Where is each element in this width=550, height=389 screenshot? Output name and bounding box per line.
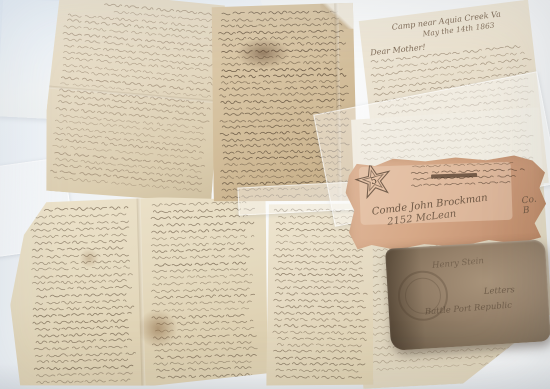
fold-crease — [48, 85, 220, 103]
letters-cover: Henry Stein Letters Battle Port Republic — [385, 239, 550, 351]
letters-group-photo: Camp near Aquia Creek Va May the 14th 18… — [0, 0, 550, 389]
cover-owner-name: Henry Stein — [432, 256, 485, 271]
dateline-date: May the 14th 1863 — [422, 21, 495, 39]
envelope: 5 Comde John Brockman Co. B 2152 McLean — [344, 152, 549, 254]
ink-stain — [234, 36, 293, 71]
address-unit: Co. B — [521, 195, 538, 217]
embossed-seal — [396, 269, 449, 322]
handwriting-right-page — [144, 195, 260, 386]
letter-bottom-left-bifolium — [8, 195, 271, 389]
salutation: Dear Mother! — [370, 43, 426, 58]
water-stain — [134, 306, 181, 351]
cover-word-letters: Letters — [484, 285, 516, 297]
handwriting-body — [40, 0, 229, 205]
center-fold — [137, 198, 146, 386]
small-stain — [76, 248, 103, 269]
stamp-number: 5 — [370, 175, 379, 187]
folded-corner — [320, 3, 354, 30]
handwriting-left-page — [26, 198, 139, 389]
dateline-place: Camp near Aquia Creek Va — [391, 10, 501, 32]
letter-top-left — [40, 0, 229, 205]
